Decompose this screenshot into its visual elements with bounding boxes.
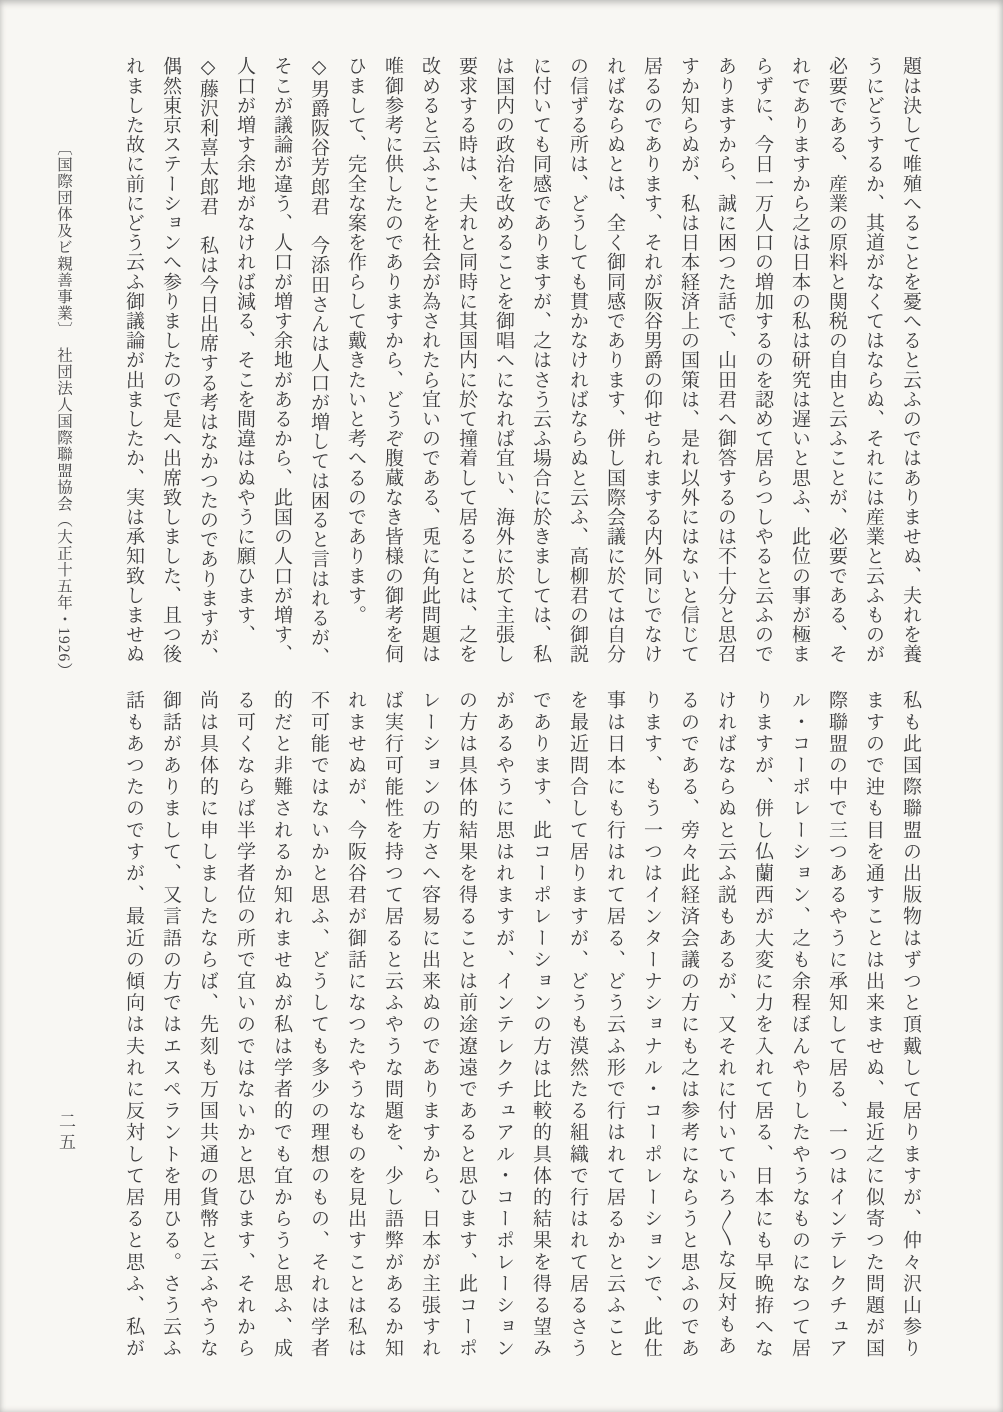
- margin-header-caption: 〔国際団体及ビ親善事業〕 社団法人国際聯盟協会（大正十五年・1926）: [52, 140, 74, 700]
- text-column: らずに、今日一万人口の増加するのを認めて居らつしやると云ふので: [744, 56, 781, 681]
- text-column: 必要である、産業の原料と関税の自由と云ふことが、必要である、そ: [818, 56, 855, 681]
- text-column: 尚は具体的に申しましたならば、先刻も万国共通の貨幣と云ふやうな: [189, 690, 226, 1380]
- text-column: 唯御参考に供したのでありますから、どうぞ腹蔵なき皆様の御考を伺: [374, 56, 411, 681]
- text-column: に付いても同感でありますが、之はさう云ふ場合に於きましては、私: [522, 56, 559, 681]
- text-column: 題は決して唯殖へることを憂へると云ふのではありませぬ、夫れを養: [892, 56, 929, 681]
- text-column: ひまして、完全な案を作らして戴きたいと考へるのであります。: [337, 56, 374, 681]
- text-column: を最近問合して居りますが、どうも漠然たる組織で行はれて居るさう: [559, 690, 596, 1380]
- text-column: るのである、旁々此経済会議の方にも之は参考にならうと思ふのであ: [670, 690, 707, 1380]
- text-column: ありますから、誠に困つた話で、山田君へ御答するのは不十分と思召: [707, 56, 744, 681]
- text-column: ◇男爵阪谷芳郎君 今添田さんは人口が増しては困ると言はれるが、: [300, 56, 337, 681]
- text-column: りますが、併し仏蘭西が大変に力を入れて居る、日本にも早晩拵へな: [744, 690, 781, 1380]
- text-column: ◇藤沢利喜太郎君 私は今日出席する考はなかつたのでありますが、: [189, 56, 226, 681]
- text-column: 的だと非難されるか知れませぬが私は学者的でも宜からうと思ふ、成: [263, 690, 300, 1380]
- text-column: ますので迚も目を通すことは出来ませぬ、最近之に似寄つた問題が国: [855, 690, 892, 1380]
- text-column: 居るのであります、それが阪谷男爵の仰せられまする内外同じでなけ: [633, 56, 670, 681]
- text-column: 私も此国際聯盟の出版物はずつと頂戴して居りますが、仲々沢山参り: [892, 690, 929, 1380]
- text-column: れでありますから之は日本の私は研究は遅いと思ふ、此位の事が極ま: [781, 56, 818, 681]
- text-column: すか知らぬが、私は日本経済上の国策は、是れ以外にはないと信じて: [670, 56, 707, 681]
- text-column: ります、もう一つはインターナショナル・コーポレーションで、此仕: [633, 690, 670, 1380]
- text-column: レーションの方さへ容易に出来ぬのでありますから、日本が主張すれ: [411, 690, 448, 1380]
- text-column: であります、此コーポレーションの方は比較的具体的結果を得る望み: [522, 690, 559, 1380]
- top-text-block: 題は決して唯殖へることを憂へると云ふのではありませぬ、夫れを養うにどうするか、其…: [115, 56, 929, 681]
- text-column: 要求する時は、夫れと同時に其国内に於て撞着して居ることは、之を: [448, 56, 485, 681]
- text-column: ば実行可能性を持つて居ると云ふやうな問題を、少し語弊があるか知: [374, 690, 411, 1380]
- text-column: る可くならば半学者位の所で宜いのではないかと思ひます、それから: [226, 690, 263, 1380]
- bottom-text-block: 私も此国際聯盟の出版物はずつと頂戴して居りますが、仲々沢山参りますので迚も目を通…: [115, 690, 929, 1380]
- text-column: そこが議論が違う、人口が増す余地があるから、此国の人口が増す、: [263, 56, 300, 681]
- text-column: 事は日本にも行はれて居る、どう云ふ形で行はれて居るかと云ふこと: [596, 690, 633, 1380]
- text-column: の信ずる所は、どうしても貫かなければならぬと云ふ、高柳君の御説: [559, 56, 596, 681]
- text-column: 際聯盟の中で三つあるやうに承知して居る、一つはインテレクチュア: [818, 690, 855, 1380]
- text-column: 不可能ではないかと思ふ、どうしても多少の理想のもの、それは学者: [300, 690, 337, 1380]
- text-column: 話もあつたのですが、最近の傾向は夫れに反対して居ると思ふ、私が: [115, 690, 152, 1380]
- text-column: 改めると云ふことを社会が為されたら宜いのである、兎に角此問題は: [411, 56, 448, 681]
- text-column: うにどうするか、其道がなくてはならぬ、それには産業と云ふものが: [855, 56, 892, 681]
- scanned-document-page: { "page": { "background": "#f8f7f3", "in…: [0, 0, 1003, 1412]
- text-column: ル・コーポレーション、之も余程ぼんやりしたやうなものになつて居: [781, 690, 818, 1380]
- text-column: 偶然東京ステーションへ参りましたので是へ出席致しました、且つ後: [152, 56, 189, 681]
- text-column: は国内の政治を改めることを御唱へになれば宜い、海外に於て主張し: [485, 56, 522, 681]
- page-number: 二五: [53, 1112, 78, 1192]
- text-column: れました故に前にどう云ふ御議論が出ましたか、実は承知致しませぬ: [115, 56, 152, 681]
- text-column: の方は具体的結果を得ることは前途遼遠であると思ひます、此コーポ: [448, 690, 485, 1380]
- text-column: 人口が増す余地がなければ減る、そこを間違はぬやうに願ひます、: [226, 56, 263, 681]
- text-column: 御話がありまして、又言語の方ではエスペラントを用ひる。さう云ふ: [152, 690, 189, 1380]
- text-column: ければならぬと云ふ説もあるが、又それに付いていろ〱な反対もあ: [707, 690, 744, 1380]
- text-column: ればならぬとは、全く御同感であります、併し国際会議に於ては自分: [596, 56, 633, 681]
- text-column: れませぬが、今阪谷君が御話になつたやうなものを見出すことは私は: [337, 690, 374, 1380]
- text-column: があるやうに思はれますが、インテレクチュアル・コーポレーション: [485, 690, 522, 1380]
